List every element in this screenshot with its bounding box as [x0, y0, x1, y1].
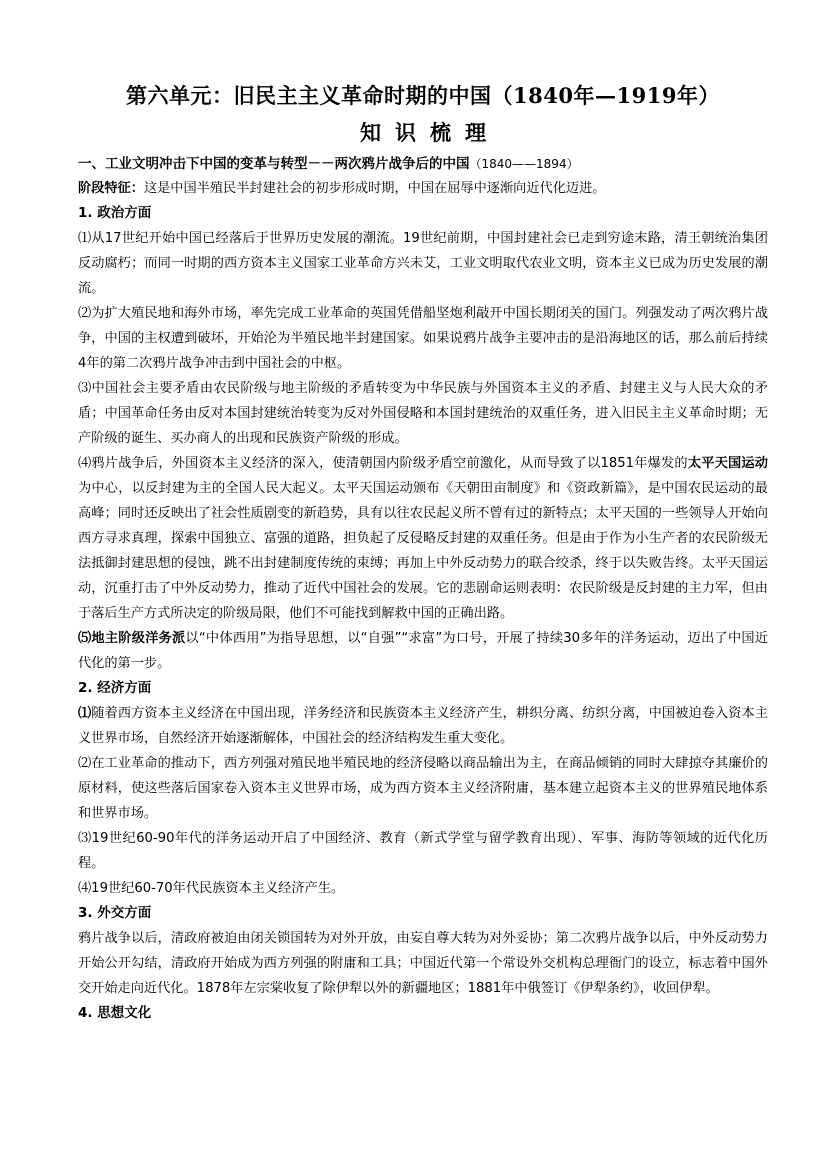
politics-heading: 1. 政治方面	[78, 201, 768, 226]
politics-paragraph-2: ⑵为扩大殖民地和海外市场，率先完成工业革命的英国凭借船坚炮利敲开中国长期闭关的国…	[78, 301, 768, 376]
politics-paragraph-4: ⑷鸦片战争后，外国资本主义经济的深入，使清朝国内阶级矛盾空前激化，从而导致了以1…	[78, 451, 768, 626]
economy-paragraph-1: ⑴随着西方资本主义经济在中国出现，洋务经济和民族资本主义经济产生，耕织分离、纺织…	[78, 701, 768, 751]
politics-paragraph-5: ⑸地主阶级洋务派以“中体西用”为指导思想，以“自强”“求富”为口号，开展了持续3…	[78, 626, 768, 676]
p5-bold-term: ⑸地主阶级洋务派	[78, 631, 185, 646]
politics-paragraph-3: ⑶中国社会主要矛盾由农民阶级与地主阶级的矛盾转变为中华民族与外国资本主义的矛盾、…	[78, 376, 768, 451]
p4-bold-term: 太平天国运动	[688, 456, 768, 471]
document-title: 第六单元：旧民主主义革命时期的中国（1840年—1919年）	[78, 78, 768, 114]
document-page: 第六单元：旧民主主义革命时期的中国（1840年—1919年） 知识梳理 一、工业…	[78, 78, 768, 1026]
section-heading-text: 一、工业文明冲击下中国的变革与转型－－两次鸦片战争后的中国	[78, 156, 470, 172]
document-subtitle: 知识梳理	[78, 114, 768, 152]
economy-p1-text: 随着西方资本主义经济在中国出现，洋务经济和民族资本主义经济产生，耕织分离、纺织分…	[78, 706, 768, 746]
economy-paragraph-3: ⑶19世纪60-90年代的洋务运动开启了中国经济、教育（新式学堂与留学教育出现）…	[78, 826, 768, 876]
politics-paragraph-1: ⑴从17世纪开始中国已经落后于世界历史发展的潮流。19世纪前期，中国封建社会已走…	[78, 226, 768, 301]
economy-paragraph-2: ⑵在工业革命的推动下，西方列强对殖民地半殖民地的经济侵略以商品输出为主，在商品倾…	[78, 751, 768, 826]
economy-paragraph-4: ⑷19世纪60-70年代民族资本主义经济产生。	[78, 876, 768, 901]
culture-heading: 4. 思想文化	[78, 1001, 768, 1026]
section-heading: 一、工业文明冲击下中国的变革与转型－－两次鸦片战争后的中国（1840——1894…	[78, 152, 768, 176]
economy-heading: 2. 经济方面	[78, 676, 768, 701]
economy-p1-marker: ⑴	[78, 706, 91, 721]
diplomacy-paragraph-1: 鸦片战争以后，清政府被迫由闭关锁国转为对外开放，由妄自尊大转为对外妥协；第二次鸦…	[78, 926, 768, 1001]
stage-feature: 阶段特征：这是中国半殖民半封建社会的初步形成时期，中国在屈辱中逐渐向近代化迈进。	[78, 176, 768, 201]
stage-feature-text: 这是中国半殖民半封建社会的初步形成时期，中国在屈辱中逐渐向近代化迈进。	[144, 181, 606, 196]
diplomacy-heading: 3. 外交方面	[78, 901, 768, 926]
p4-text-a: ⑷鸦片战争后，外国资本主义经济的深入，使清朝国内阶级矛盾空前激化，从而导致了以1…	[78, 456, 688, 471]
section-date-range: （1840——1894）	[470, 157, 579, 171]
stage-feature-label: 阶段特征：	[78, 181, 144, 196]
p4-text-b: 为中心，以反封建为主的全国人民大起义。太平天国运动颁布《天朝田亩制度》和《资政新…	[78, 481, 768, 621]
